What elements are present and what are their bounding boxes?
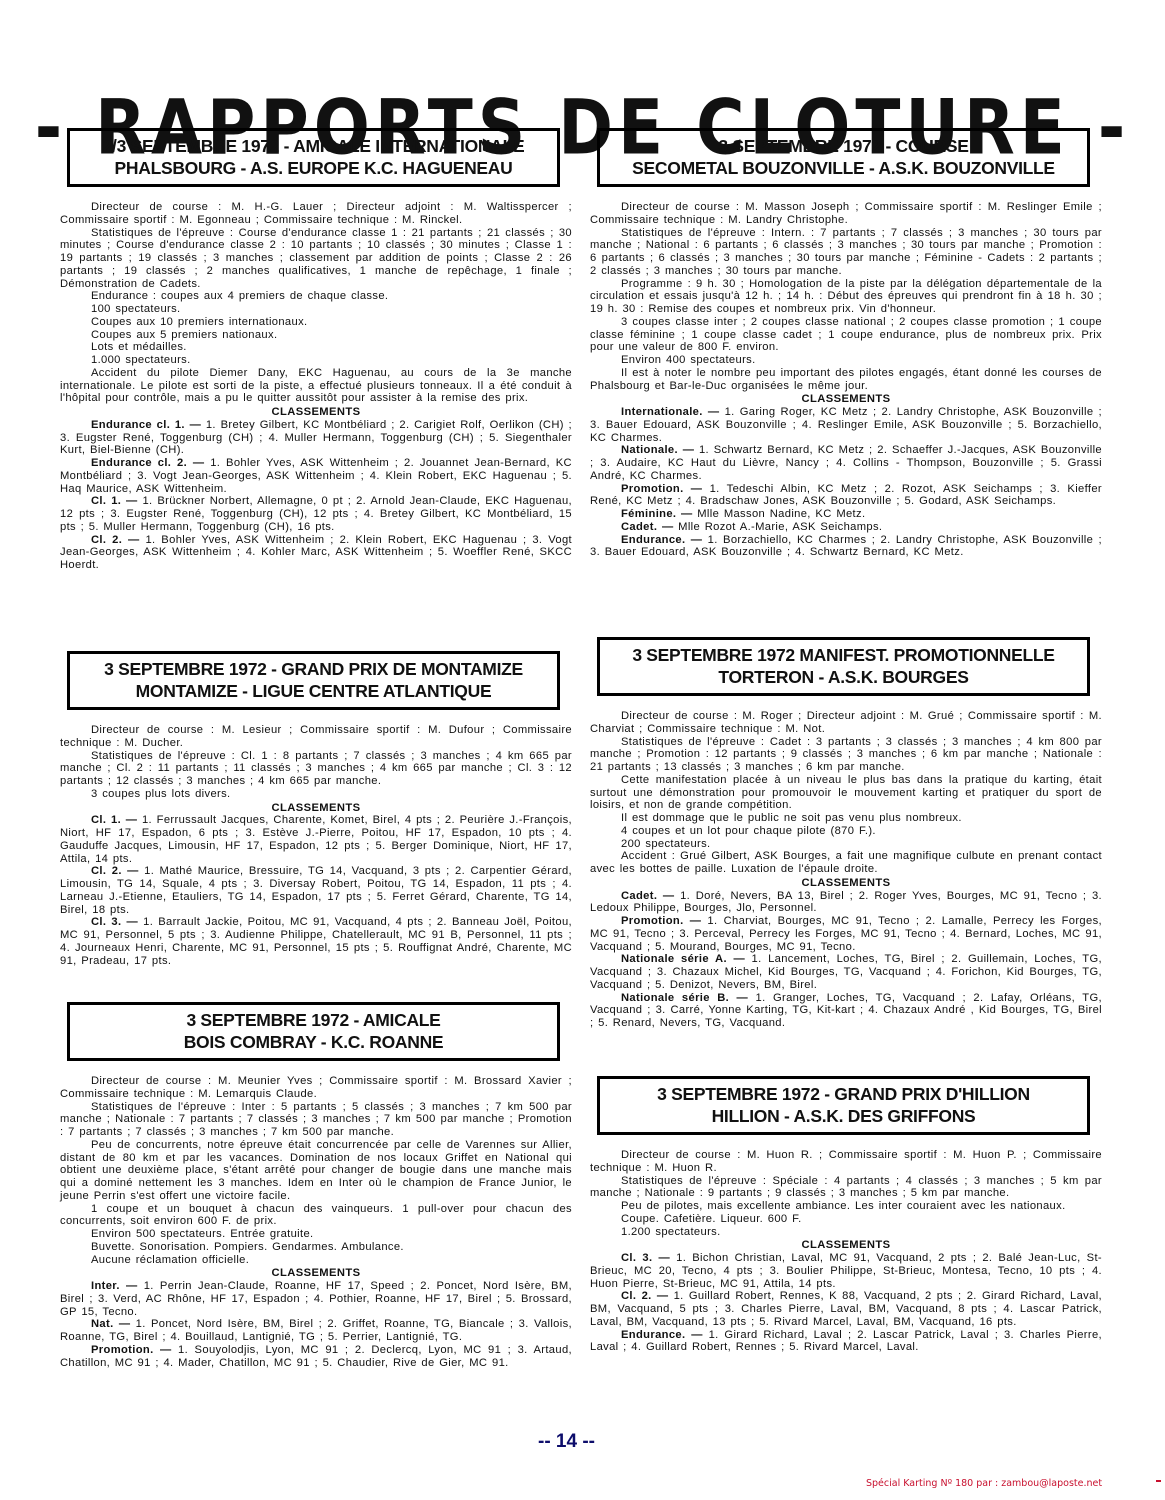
report-paragraph: Buvette. Sonorisation. Pompiers. Gendarm… [60,1241,572,1254]
report-paragraph: Directeur de course : M. Huon R. ; Commi… [590,1149,1102,1175]
report-paragraph: Accident : Grué Gilbert, ASK Bourges, a … [590,850,1102,876]
report-paragraph: Cette manifestation placée à un niveau l… [590,774,1102,812]
classement-category: Internationale. — [621,406,719,418]
classement-results: 1. Ferrussault Jacques, Charente, Komet,… [60,814,572,864]
report-paragraph: 3 coupes plus lots divers. [60,788,572,801]
classement-entry: Endurance cl. 2. — 1. Bohler Yves, ASK W… [60,457,572,495]
report-header: 3 SEPTEMBRE 1972 - COURSESECOMETAL BOUZO… [597,128,1090,187]
classement-category: Cl. 2. — [91,865,139,877]
classement-entry: Endurance. — 1. Borzachiello, KC Charmes… [590,534,1102,560]
report-header-line: 3 SEPTEMBRE 1972 - AMICALE [72,1009,555,1031]
report-paragraph: Directeur de course : M. Masson Joseph ;… [590,201,1102,227]
report-header-line: HILLION - A.S.K. DES GRIFFONS [602,1105,1085,1127]
report-paragraph: Directeur de course : M. Lesieur ; Commi… [60,724,572,750]
report-paragraph: Il est dommage que le public ne soit pas… [590,812,1102,825]
report-paragraph: Coupe. Cafetière. Liqueur. 600 F. [590,1213,1102,1226]
report-header-line: 3 SEPTEMBRE 1972 MANIFEST. PROMOTIONNELL… [602,644,1085,666]
report-header-line: 3 SEPTEMBRE 1972 - COURSE [602,135,1085,157]
report-phalsbourg: 2/3 SEPTEMBRE 1972 - AMICALE INTERNATION… [60,128,572,572]
report-torteron: 3 SEPTEMBRE 1972 MANIFEST. PROMOTIONNELL… [590,637,1102,1030]
report-paragraph: 4 coupes et un lot pour chaque pilote (8… [590,825,1102,838]
page-number: -- 14 -- [538,1431,595,1453]
report-header-line: 3 SEPTEMBRE 1972 - GRAND PRIX D'HILLION [602,1083,1085,1105]
classement-entry: Féminine. — Mlle Masson Nadine, KC Metz. [590,508,1102,521]
classement-entry: Nationale série A. — 1. Lancement, Loche… [590,953,1102,991]
classement-entry: Cl. 1. — 1. Ferrussault Jacques, Charent… [60,814,572,865]
report-body: Directeur de course : M. Roger ; Directe… [590,710,1102,1030]
classements-heading: CLASSEMENTS [60,802,572,815]
classement-results: Mlle Masson Nadine, KC Metz. [697,508,865,520]
classement-category: Cl. 3. — [621,1252,670,1264]
classement-results: 1. Poncet, Nord Isère, BM, Birel ; 2. Gr… [60,1318,572,1343]
report-paragraph: 200 spectateurs. [590,838,1102,851]
classement-category: Féminine. — [621,508,693,520]
classement-category: Cl. 2. — [621,1290,668,1302]
report-header-line: MONTAMIZE - LIGUE CENTRE ATLANTIQUE [72,680,555,702]
report-paragraph: Directeur de course : M. Meunier Yves ; … [60,1075,572,1101]
report-body: Directeur de course : M. Meunier Yves ; … [60,1075,572,1369]
report-header-line: SECOMETAL BOUZONVILLE - A.S.K. BOUZONVIL… [602,157,1085,179]
report-paragraph: Environ 400 spectateurs. [590,354,1102,367]
report-paragraph: Il est à noter le nombre peu important d… [590,367,1102,393]
classement-entry: Promotion. — 1. Charviat, Bourges, MC 91… [590,915,1102,953]
classement-entry: Internationale. — 1. Garing Roger, KC Me… [590,406,1102,444]
classement-entry: Endurance. — 1. Girard Richard, Laval ; … [590,1329,1102,1355]
report-body: Directeur de course : M. H.-G. Lauer ; D… [60,201,572,572]
classement-category: Endurance. — [621,1329,703,1341]
classement-entry: Cl. 2. — 1. Guillard Robert, Rennes, K 8… [590,1290,1102,1328]
report-paragraph: Directeur de course : M. H.-G. Lauer ; D… [60,201,572,227]
classement-entry: Inter. — 1. Perrin Jean-Claude, Roanne, … [60,1280,572,1318]
report-paragraph: Environ 500 spectateurs. Entrée gratuite… [60,1228,572,1241]
report-paragraph: Directeur de course : M. Roger ; Directe… [590,710,1102,736]
classement-category: Nat. — [91,1318,130,1330]
classement-category: Cl. 1. — [91,495,138,507]
classement-category: Cadet. — [621,521,674,533]
report-paragraph: Peu de pilotes, mais excellente ambiance… [590,1200,1102,1213]
report-paragraph: Statistiques de l'épreuve : Course d'end… [60,227,572,291]
classement-entry: Nat. — 1. Poncet, Nord Isère, BM, Birel … [60,1318,572,1344]
classement-entry: Promotion. — 1. Tedeschi Albin, KC Metz … [590,483,1102,509]
classement-category: Promotion. — [621,483,702,495]
report-paragraph: Coupes aux 10 premiers internationaux. [60,316,572,329]
classement-category: Cadet. — [621,890,674,902]
classement-entry: Nationale. — 1. Schwartz Bernard, KC Met… [590,444,1102,482]
report-body: Directeur de course : M. Masson Joseph ;… [590,201,1102,559]
classement-category: Endurance. — [621,534,702,546]
report-paragraph: Aucune réclamation officielle. [60,1254,572,1267]
classement-category: Nationale. — [621,444,694,456]
report-header-line: PHALSBOURG - A.S. EUROPE K.C. HAGUENEAU [72,157,555,179]
report-header-line: 3 SEPTEMBRE 1972 - GRAND PRIX DE MONTAMI… [72,658,555,680]
report-paragraph: Lots et médailles. [60,341,572,354]
report-paragraph: Peu de concurrents, notre épreuve était … [60,1139,572,1203]
classements-heading: CLASSEMENTS [60,1267,572,1280]
classement-entry: Endurance cl. 1. — 1. Bretey Gilbert, KC… [60,419,572,457]
report-header-line: BOIS COMBRAY - K.C. ROANNE [72,1031,555,1053]
report-montamize: 3 SEPTEMBRE 1972 - GRAND PRIX DE MONTAMI… [60,651,572,967]
classement-category: Promotion. — [621,915,701,927]
report-header-line: TORTERON - A.S.K. BOURGES [602,666,1085,688]
classement-category: Endurance cl. 2. — [91,457,204,469]
classement-category: Endurance cl. 1. — [91,419,201,431]
footer-mark [1156,1480,1161,1482]
report-paragraph: Statistiques de l'épreuve : Intern. : 7 … [590,227,1102,278]
classement-entry: Promotion. — 1. Souyolodjis, Lyon, MC 91… [60,1344,572,1370]
report-body: Directeur de course : M. Lesieur ; Commi… [60,724,572,967]
report-paragraph: Statistiques de l'épreuve : Inter : 5 pa… [60,1101,572,1139]
classement-entry: Nationale série B. — 1. Granger, Loches,… [590,992,1102,1030]
classement-entry: Cl. 3. — 1. Bichon Christian, Laval, MC … [590,1252,1102,1290]
classements-heading: CLASSEMENTS [60,406,572,419]
footer-credit: Spécial Karting Nº 180 par : zambou@lapo… [866,1478,1102,1489]
report-header: 3 SEPTEMBRE 1972 MANIFEST. PROMOTIONNELL… [597,637,1090,696]
classement-category: Nationale série B. — [621,992,748,1004]
report-paragraph: 1.200 spectateurs. [590,1226,1102,1239]
classement-category: Inter. — [91,1280,138,1292]
report-paragraph: Programme : 9 h. 30 ; Homologation de la… [590,278,1102,316]
classement-category: Cl. 3. — [91,916,138,928]
report-header: 3 SEPTEMBRE 1972 - GRAND PRIX DE MONTAMI… [67,651,560,710]
classement-entry: Cl. 2. — 1. Mathé Maurice, Bressuire, TG… [60,865,572,916]
classements-heading: CLASSEMENTS [590,393,1102,406]
classement-category: Promotion. — [91,1344,172,1356]
report-paragraph: Statistiques de l'épreuve : Cl. 1 : 8 pa… [60,750,572,788]
classement-entry: Cl. 2. — 1. Bohler Yves, ASK Wittenheim … [60,534,572,572]
classements-heading: CLASSEMENTS [590,877,1102,890]
report-paragraph: 100 spectateurs. [60,303,572,316]
report-roanne: 3 SEPTEMBRE 1972 - AMICALEBOIS COMBRAY -… [60,1002,572,1369]
classement-category: Cl. 1. — [91,814,137,826]
report-paragraph: 1 coupe et un bouquet à chacun des vainq… [60,1203,572,1229]
classement-entry: Cadet. — Mlle Rozot A.-Marie, ASK Seicha… [590,521,1102,534]
report-header: 2/3 SEPTEMBRE 1972 - AMICALE INTERNATION… [67,128,560,187]
classement-entry: Cl. 3. — 1. Barrault Jackie, Poitou, MC … [60,916,572,967]
report-paragraph: Statistiques de l'épreuve : Cadet : 3 pa… [590,736,1102,774]
report-header: 3 SEPTEMBRE 1972 - AMICALEBOIS COMBRAY -… [67,1002,560,1061]
report-paragraph: 1.000 spectateurs. [60,354,572,367]
report-paragraph: Endurance : coupes aux 4 premiers de cha… [60,290,572,303]
report-header: 3 SEPTEMBRE 1972 - GRAND PRIX D'HILLIONH… [597,1076,1090,1135]
report-paragraph: Accident du pilote Diemer Dany, EKC Hagu… [60,367,572,405]
classement-entry: Cadet. — 1. Doré, Nevers, BA 13, Birel ;… [590,890,1102,916]
classements-heading: CLASSEMENTS [590,1239,1102,1252]
report-bouzonville: 3 SEPTEMBRE 1972 - COURSESECOMETAL BOUZO… [590,128,1102,559]
report-body: Directeur de course : M. Huon R. ; Commi… [590,1149,1102,1354]
classement-entry: Cl. 1. — 1. Brückner Norbert, Allemagne,… [60,495,572,533]
report-header-line: 2/3 SEPTEMBRE 1972 - AMICALE INTERNATION… [72,135,555,157]
report-paragraph: Statistiques de l'épreuve : Spéciale : 4… [590,1175,1102,1201]
report-hillion: 3 SEPTEMBRE 1972 - GRAND PRIX D'HILLIONH… [590,1076,1102,1354]
classement-category: Cl. 2. — [91,534,140,546]
report-paragraph: Coupes aux 5 premiers nationaux. [60,329,572,342]
classement-category: Nationale série A. — [621,953,745,965]
report-paragraph: 3 coupes classe inter ; 2 coupes classe … [590,316,1102,354]
classement-results: Mlle Rozot A.-Marie, ASK Seichamps. [678,521,882,533]
